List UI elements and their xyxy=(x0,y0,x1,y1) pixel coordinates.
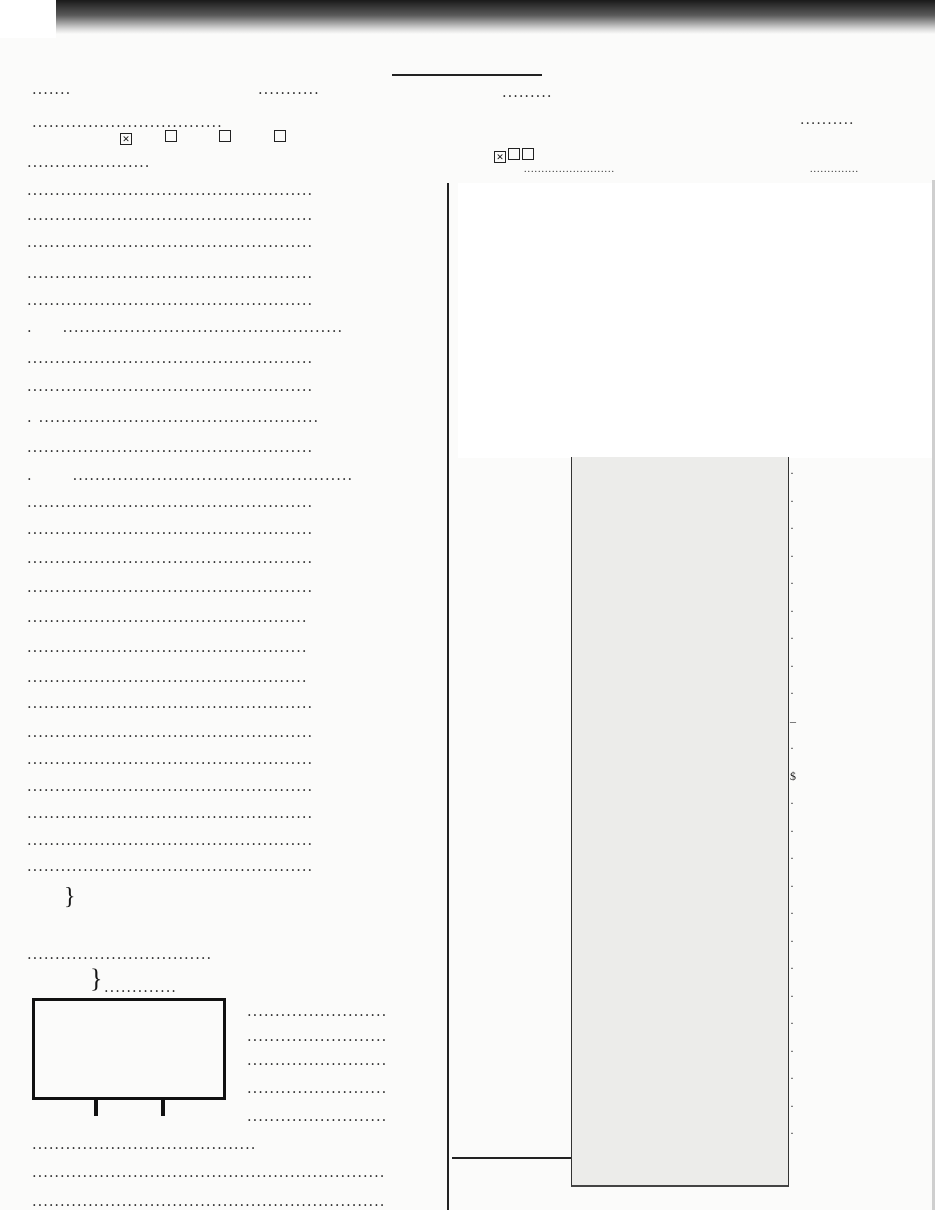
field-row: ........................................… xyxy=(27,750,447,769)
manufactured-by-row: ................................. xyxy=(27,946,212,964)
checkbox-husband[interactable]: ✕ xyxy=(494,151,508,162)
field-row: ........................................… xyxy=(27,438,447,457)
field-row: ........................................… xyxy=(27,831,447,850)
misc-row: ........................................ xyxy=(32,1136,256,1154)
field-row: ........................................… xyxy=(27,777,447,796)
lot-diagram xyxy=(32,998,226,1100)
field-row: ........................................… xyxy=(27,408,447,427)
lot-field-value[interactable]: ......................... xyxy=(247,1029,387,1045)
checkbox-divorced[interactable] xyxy=(274,133,288,144)
field-row: ........................................… xyxy=(27,181,447,200)
field-row: ........................................… xyxy=(27,638,447,657)
column-divider xyxy=(447,183,449,1210)
lot-field-row: ......................... xyxy=(247,1052,447,1070)
field-row: ........................................… xyxy=(27,264,447,283)
field-row: ........................................… xyxy=(27,857,447,876)
lot-field-row: ......................... xyxy=(247,1108,447,1126)
field-row: ........................................… xyxy=(27,668,447,686)
yearly-no-row: ........... xyxy=(258,80,320,99)
field-row: ........................................… xyxy=(27,723,447,742)
field-row: ........................................… xyxy=(27,466,447,485)
field-row: ........................................… xyxy=(27,520,447,539)
checkbox-widowed[interactable] xyxy=(219,133,233,144)
field-row: ........................................… xyxy=(27,578,447,597)
field-row: ........................................… xyxy=(27,377,447,396)
title-underline xyxy=(392,74,542,76)
checkbox-wife[interactable] xyxy=(508,151,522,162)
lot-field-row: ......................... xyxy=(247,1080,447,1098)
lot-field-value[interactable]: ......................... xyxy=(247,1053,387,1069)
date-of-entry-row: ......... xyxy=(502,80,552,102)
lot-field-row: ......................... xyxy=(247,1028,447,1046)
lot-field-value[interactable]: ......................... xyxy=(247,1004,387,1020)
lot-field-row: ......................... xyxy=(247,1003,447,1021)
checkbox-single[interactable] xyxy=(165,133,179,144)
field-row: ........................................… xyxy=(27,291,447,310)
amount-dots: ·········–·$············· xyxy=(790,460,800,1150)
field-row: ........................................… xyxy=(27,318,447,337)
page-number xyxy=(0,0,56,38)
field-row: ........................................… xyxy=(27,206,447,225)
blank-area xyxy=(458,183,934,458)
spouse-relation-group: ✕ xyxy=(494,148,536,163)
lot-field-value[interactable]: ......................... xyxy=(247,1081,387,1097)
name-of-deceased-row: .................................. xyxy=(32,110,223,132)
field-row: ........................................… xyxy=(27,549,447,568)
field-row: ........................................… xyxy=(27,349,447,368)
residence-row: ...................... xyxy=(27,150,150,172)
marital-status-group: ✕ xyxy=(120,130,288,145)
field-row: ........................................… xyxy=(27,694,447,713)
lot-field-value[interactable]: ......................... xyxy=(247,1109,387,1125)
checkbox-married[interactable]: ✕ xyxy=(120,133,134,144)
total-no-row: ....... xyxy=(32,80,71,99)
checkbox-widow[interactable] xyxy=(522,151,536,162)
field-row: ........................................… xyxy=(27,804,447,823)
field-row: ........................................… xyxy=(27,493,447,512)
field-row: ........................................… xyxy=(27,233,447,252)
newspaper-clipping xyxy=(571,457,789,1187)
cemetery-row: ............. xyxy=(104,975,177,997)
scan-top-shadow xyxy=(0,0,935,34)
field-row: ........................................… xyxy=(27,608,447,627)
